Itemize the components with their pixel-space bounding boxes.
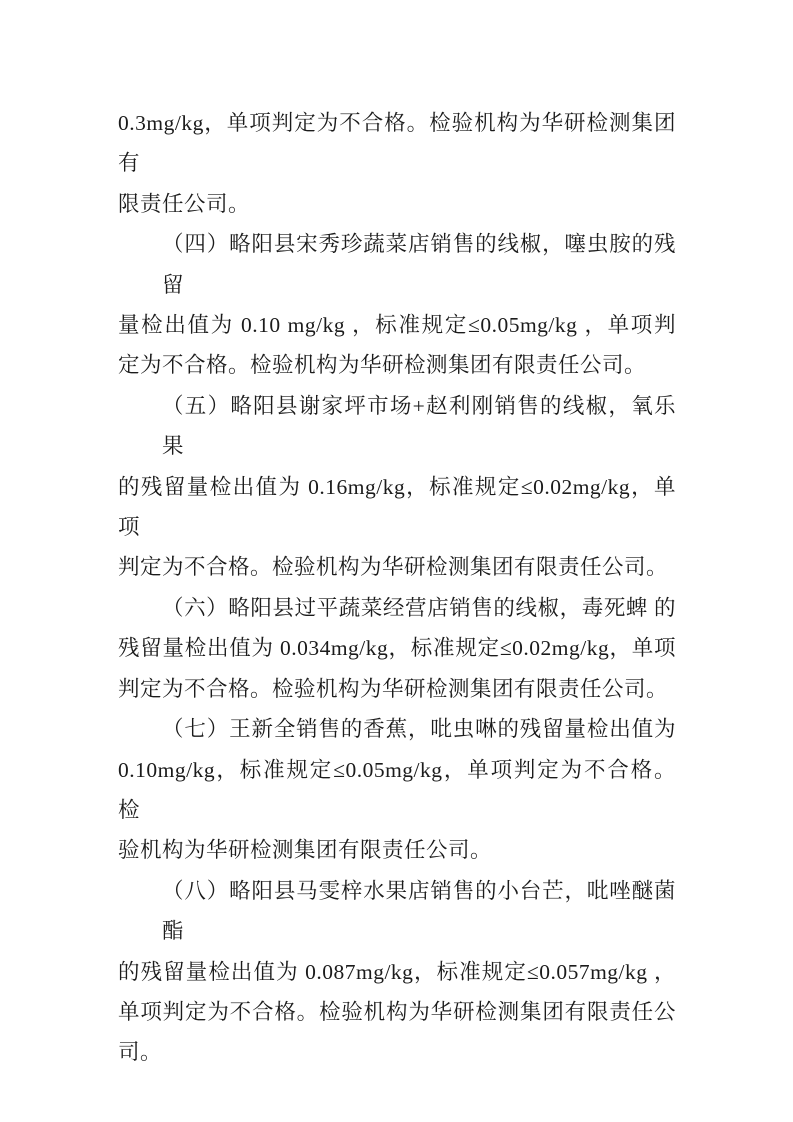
text-line: 的残留量检出值为 0.16mg/kg，标准规定≤0.02mg/kg，单项: [118, 467, 676, 548]
paragraph-item-4: （四）略阳县宋秀珍蔬菜店销售的线椒，噻虫胺的残留 量检出值为 0.10 mg/k…: [118, 224, 676, 386]
text-line: 定为不合格。检验机构为华研检测集团有限责任公司。: [118, 345, 676, 385]
text-line: （八）略阳县马雯梓水果店销售的小台芒，吡唑醚菌酯: [118, 871, 676, 952]
text-line: 的残留量检出值为 0.087mg/kg，标准规定≤0.057mg/kg ，: [118, 952, 676, 992]
paragraph-continuation: 0.3mg/kg，单项判定为不合格。检验机构为华研检测集团有 限责任公司。: [118, 103, 676, 224]
text-line: 0.3mg/kg，单项判定为不合格。检验机构为华研检测集团有: [118, 103, 676, 184]
text-line: 判定为不合格。检验机构为华研检测集团有限责任公司。: [118, 669, 676, 709]
paragraph-item-5: （五）略阳县谢家坪市场+赵利刚销售的线椒，氧乐果 的残留量检出值为 0.16mg…: [118, 386, 676, 588]
text-line: 验机构为华研检测集团有限责任公司。: [118, 830, 676, 870]
document-body: 0.3mg/kg，单项判定为不合格。检验机构为华研检测集团有 限责任公司。 （四…: [118, 103, 676, 1073]
paragraph-item-8: （八）略阳县马雯梓水果店销售的小台芒，吡唑醚菌酯 的残留量检出值为 0.087m…: [118, 871, 676, 1073]
text-line: 司。: [118, 1032, 676, 1072]
text-line: 量检出值为 0.10 mg/kg ，标准规定≤0.05mg/kg ，单项判: [118, 305, 676, 345]
text-line: （五）略阳县谢家坪市场+赵利刚销售的线椒，氧乐果: [118, 386, 676, 467]
text-line: 判定为不合格。检验机构为华研检测集团有限责任公司。: [118, 547, 676, 587]
text-line: （七）王新全销售的香蕉，吡虫啉的残留量检出值为: [118, 709, 676, 749]
text-line: （六）略阳县过平蔬菜经营店销售的线椒，毒死蜱 的: [118, 588, 676, 628]
paragraph-item-6: （六）略阳县过平蔬菜经营店销售的线椒，毒死蜱 的 残留量检出值为 0.034mg…: [118, 588, 676, 709]
text-line: （四）略阳县宋秀珍蔬菜店销售的线椒，噻虫胺的残留: [118, 224, 676, 305]
text-line: 限责任公司。: [118, 184, 676, 224]
text-line: 残留量检出值为 0.034mg/kg，标准规定≤0.02mg/kg，单项: [118, 628, 676, 668]
paragraph-item-7: （七）王新全销售的香蕉，吡虫啉的残留量检出值为 0.10mg/kg，标准规定≤0…: [118, 709, 676, 871]
text-line: 0.10mg/kg，标准规定≤0.05mg/kg，单项判定为不合格。检: [118, 750, 676, 831]
document-page: 0.3mg/kg，单项判定为不合格。检验机构为华研检测集团有 限责任公司。 （四…: [0, 0, 793, 1122]
text-line: 单项判定为不合格。检验机构为华研检测集团有限责任公: [118, 992, 676, 1032]
